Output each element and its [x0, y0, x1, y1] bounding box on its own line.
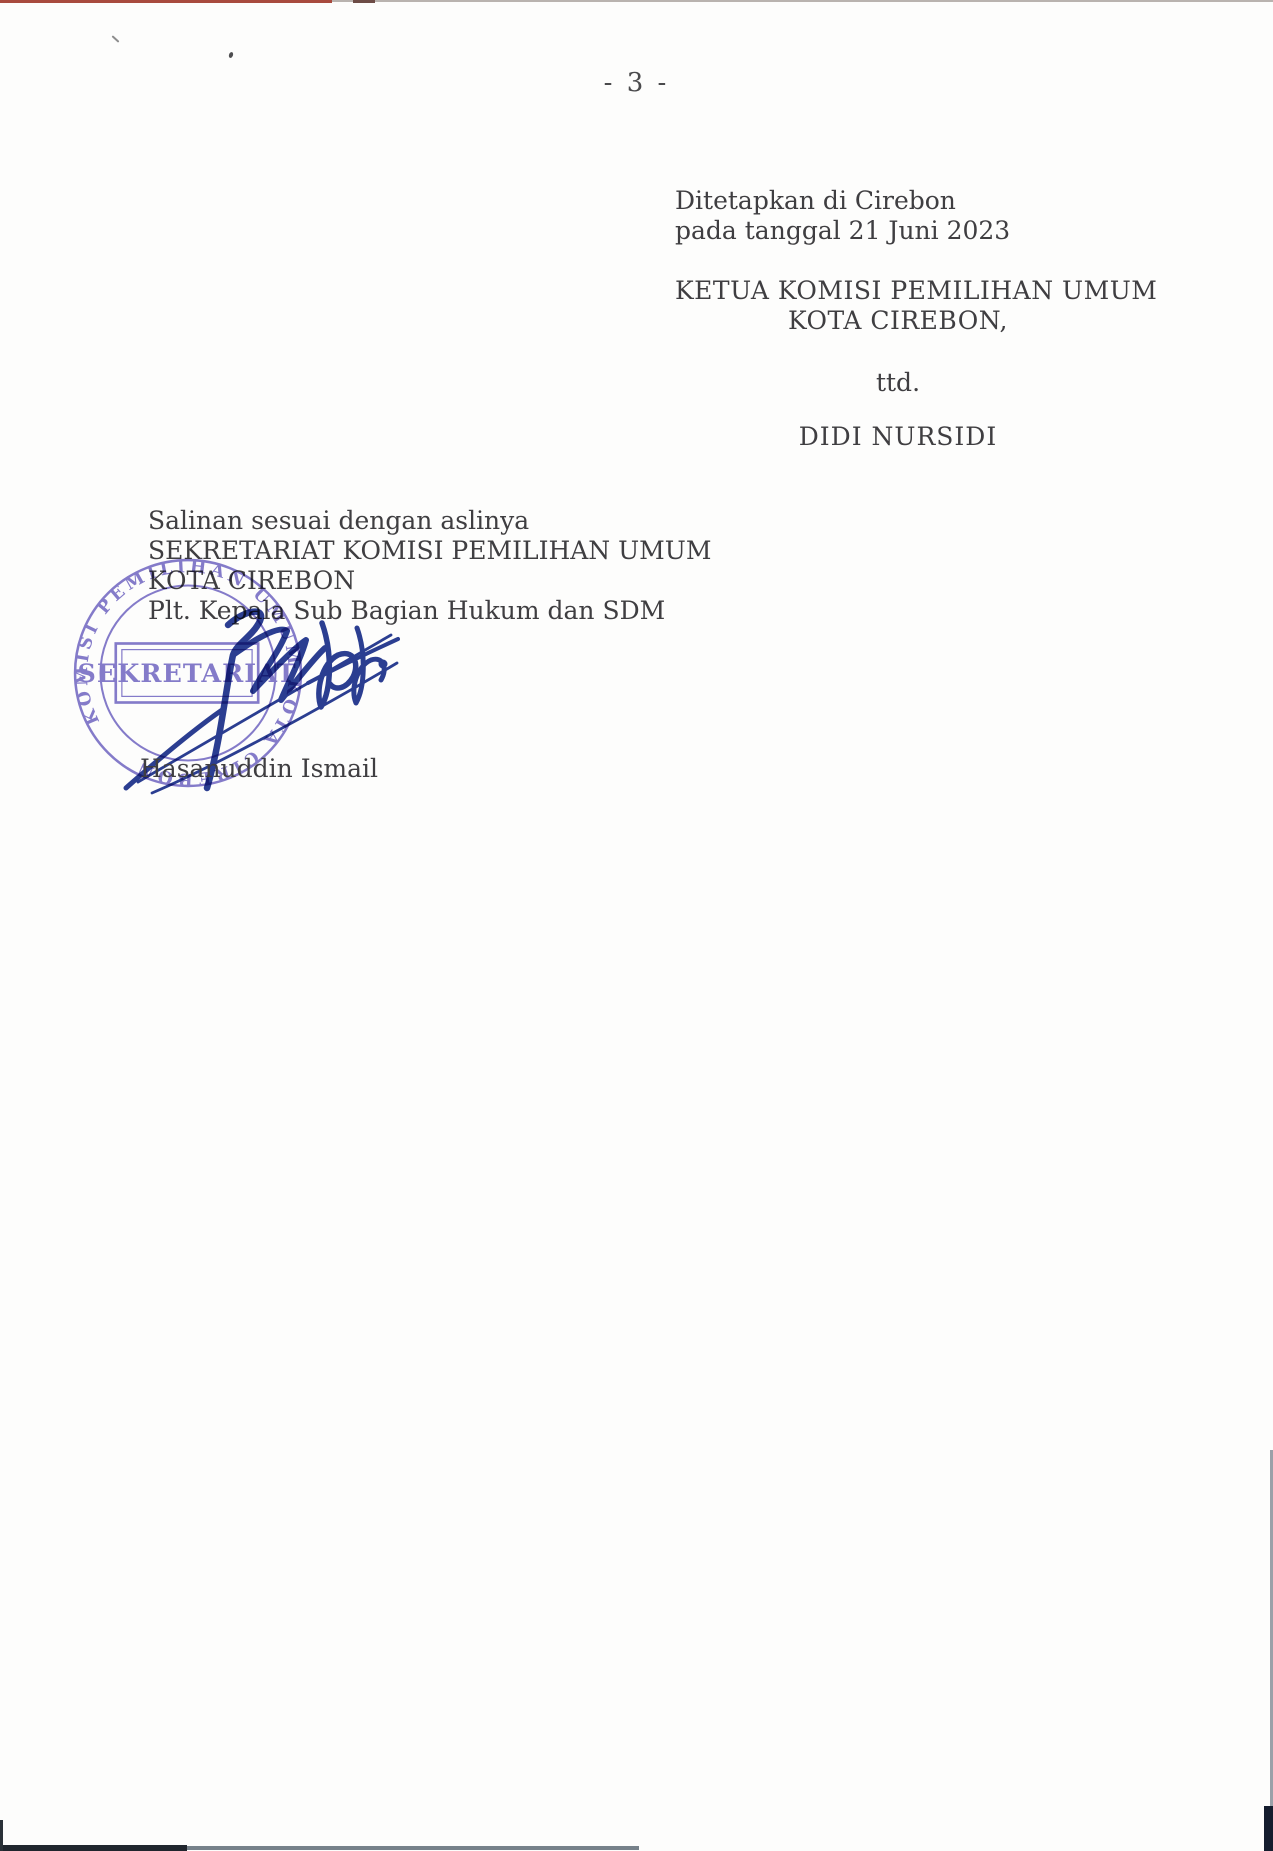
scan-artifact-left-bottom-tick: [0, 1820, 3, 1851]
enactment-place-line: Ditetapkan di Cirebon: [675, 186, 1121, 216]
scan-artifact-speck: [228, 51, 234, 58]
certification-line1: Salinan sesuai dengan aslinya: [148, 506, 711, 536]
scanned-document-page: - 3 - Ditetapkan di Cirebon pada tanggal…: [0, 0, 1273, 1851]
scan-artifact-speck: [111, 35, 119, 43]
authority-title-line2: KOTA CIREBON,: [675, 306, 1121, 336]
scan-artifact-top-blob: [353, 0, 375, 3]
signature-ink-dot: [379, 660, 388, 669]
enactment-date-line: pada tanggal 21 Juni 2023: [675, 216, 1121, 246]
scan-artifact-bottom-line-dark: [0, 1845, 187, 1851]
scan-artifact-bottom-line-gray: [187, 1846, 639, 1850]
enactment-block: Ditetapkan di Cirebon pada tanggal 21 Ju…: [675, 186, 1121, 452]
signed-abbreviation: ttd.: [675, 368, 1121, 398]
scan-artifact-bottom-right-bar: [1264, 1806, 1273, 1851]
certifying-officer-name: Hasanuddin Ismail: [140, 754, 378, 784]
page-number: - 3 -: [0, 68, 1273, 98]
chairman-name: DIDI NURSIDI: [675, 422, 1121, 452]
authority-title-line1: KETUA KOMISI PEMILIHAN UMUM: [675, 276, 1121, 306]
scan-artifact-top-line-red: [0, 0, 332, 3]
